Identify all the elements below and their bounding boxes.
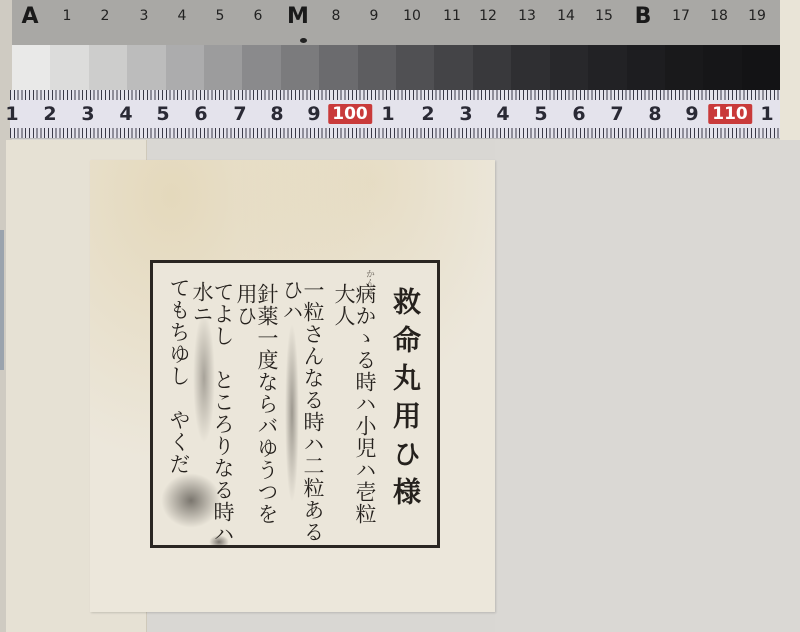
color-reference-chart: A123456M89101112131415B171819 xyxy=(12,0,780,45)
chart-label: 15 xyxy=(595,8,613,24)
gray-patch xyxy=(127,45,165,90)
gray-patch xyxy=(550,45,588,90)
ruler-number: 9 xyxy=(685,103,698,125)
mount-corner xyxy=(780,0,800,140)
chart-label: 18 xyxy=(710,8,728,24)
chart-label: 14 xyxy=(557,8,575,24)
chart-label: M xyxy=(287,4,309,29)
gray-patch xyxy=(396,45,434,90)
ruler-number: 9 xyxy=(307,103,320,125)
gray-patch xyxy=(281,45,319,90)
gray-patch xyxy=(473,45,511,90)
ruler-number: 3 xyxy=(459,103,472,125)
ink-smudge xyxy=(285,323,299,503)
chart-label: 12 xyxy=(479,8,497,24)
ruler-number: 7 xyxy=(233,103,246,125)
chart-label: 10 xyxy=(403,8,421,24)
chart-label: 11 xyxy=(443,8,461,24)
mount-board xyxy=(495,140,800,632)
gray-patch xyxy=(627,45,665,90)
gray-patch xyxy=(588,45,626,90)
gray-patch xyxy=(511,45,549,90)
mount-left-edge-tab xyxy=(0,230,4,370)
chart-label: B xyxy=(635,4,652,29)
chart-label: 17 xyxy=(672,8,690,24)
ruler-number: 6 xyxy=(572,103,585,125)
ruler-number: 5 xyxy=(156,103,169,125)
text-line-5: てもちゆし やくだ xyxy=(168,277,189,475)
ruler-number: 3 xyxy=(81,103,94,125)
gray-patch xyxy=(358,45,396,90)
chart-label: 9 xyxy=(370,8,379,24)
ruler-number: 4 xyxy=(119,103,132,125)
chart-label: 19 xyxy=(748,8,766,24)
gray-patch xyxy=(89,45,127,90)
ruler-ticks-bottom xyxy=(10,128,780,138)
ink-smudge xyxy=(161,473,221,528)
chart-label: 6 xyxy=(254,8,263,24)
ruler-ticks-top xyxy=(10,90,780,100)
chart-label: 1 xyxy=(63,8,72,24)
ruler-number: 5 xyxy=(534,103,547,125)
gray-patch xyxy=(242,45,280,90)
chart-label: 13 xyxy=(518,8,536,24)
ink-smudge xyxy=(193,313,215,443)
ruler-number: 4 xyxy=(496,103,509,125)
chart-label: A xyxy=(21,4,38,29)
registration-dot-icon xyxy=(300,38,307,43)
measuring-ruler: 1234567891001234567891101 xyxy=(10,90,780,139)
grayscale-strip xyxy=(12,45,780,90)
ruler-number: 6 xyxy=(194,103,207,125)
ruler-number: 2 xyxy=(43,103,56,125)
ruler-number: 1 xyxy=(381,103,394,125)
ruler-number: 2 xyxy=(421,103,434,125)
chart-label: 5 xyxy=(216,8,225,24)
gray-patch xyxy=(50,45,88,90)
gray-patch xyxy=(12,45,50,90)
ruler-number: 1 xyxy=(5,103,18,125)
ink-smudge xyxy=(209,535,229,549)
gray-patch xyxy=(319,45,357,90)
ruler-number: 7 xyxy=(610,103,623,125)
chart-label: 4 xyxy=(178,8,187,24)
gray-patch xyxy=(204,45,242,90)
document-title: 救命丸用ひ様 xyxy=(391,287,419,515)
text-line-1: 病かゝる時ハ小児ハ壱粒大人 xyxy=(333,283,375,545)
chart-label: 2 xyxy=(101,8,110,24)
gray-patch xyxy=(742,45,780,90)
ruler-number: 1 xyxy=(760,103,773,125)
ruler-number: 8 xyxy=(270,103,283,125)
printed-frame: 救命丸用ひ様 かんき 病かゝる時ハ小児ハ壱粒大人 一粒さんなる時ハ二粒あるひハ … xyxy=(150,260,440,548)
ruler-number: 110 xyxy=(708,104,752,124)
chart-label: 8 xyxy=(332,8,341,24)
gray-patch xyxy=(665,45,703,90)
text-line-3: 針薬一度ならバゆうつを用ひ xyxy=(235,283,277,545)
gray-patch xyxy=(166,45,204,90)
gray-patch xyxy=(703,45,741,90)
ruler-number: 100 xyxy=(328,104,372,124)
chart-label: 3 xyxy=(140,8,149,24)
gray-patch xyxy=(434,45,472,90)
ruler-number: 8 xyxy=(648,103,661,125)
